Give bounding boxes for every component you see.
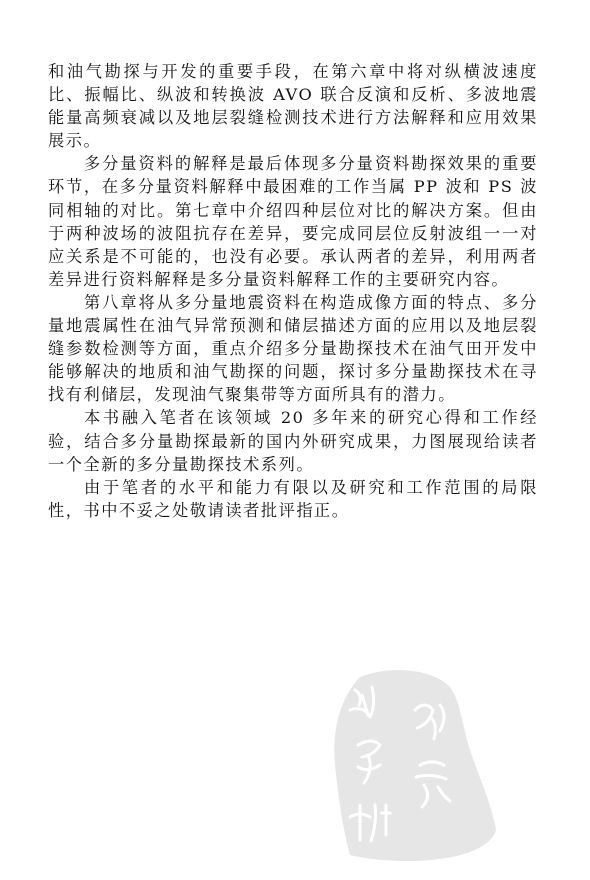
watermark-label: PDG (143, 812, 175, 828)
body-text: 和油气勘探与开发的重要手段，在第六章中将对纵横波速度比、振幅比、纵波和转换波 A… (48, 60, 538, 522)
document-page: 和油气勘探与开发的重要手段，在第六章中将对纵横波速度比、振幅比、纵波和转换波 A… (0, 0, 590, 880)
seal-watermark-icon (320, 655, 500, 865)
paragraph-4: 本书融入笔者在该领域 20 多年来的研究心得和工作经验，结合多分量勘探最新的国内… (48, 406, 538, 475)
paragraph-1: 和油气勘探与开发的重要手段，在第六章中将对纵横波速度比、振幅比、纵波和转换波 A… (48, 60, 538, 152)
paragraph-5: 由于笔者的水平和能力有限以及研究和工作范围的局限性，书中不妥之处敬请读者批评指正… (48, 476, 538, 522)
paragraph-2: 多分量资料的解释是最后体现多分量资料勘探效果的重要环节，在多分量资料解释中最困难… (48, 152, 538, 291)
paragraph-3: 第八章将从多分量地震资料在构造成像方面的特点、多分量地震属性在油气异常预测和储层… (48, 291, 538, 406)
